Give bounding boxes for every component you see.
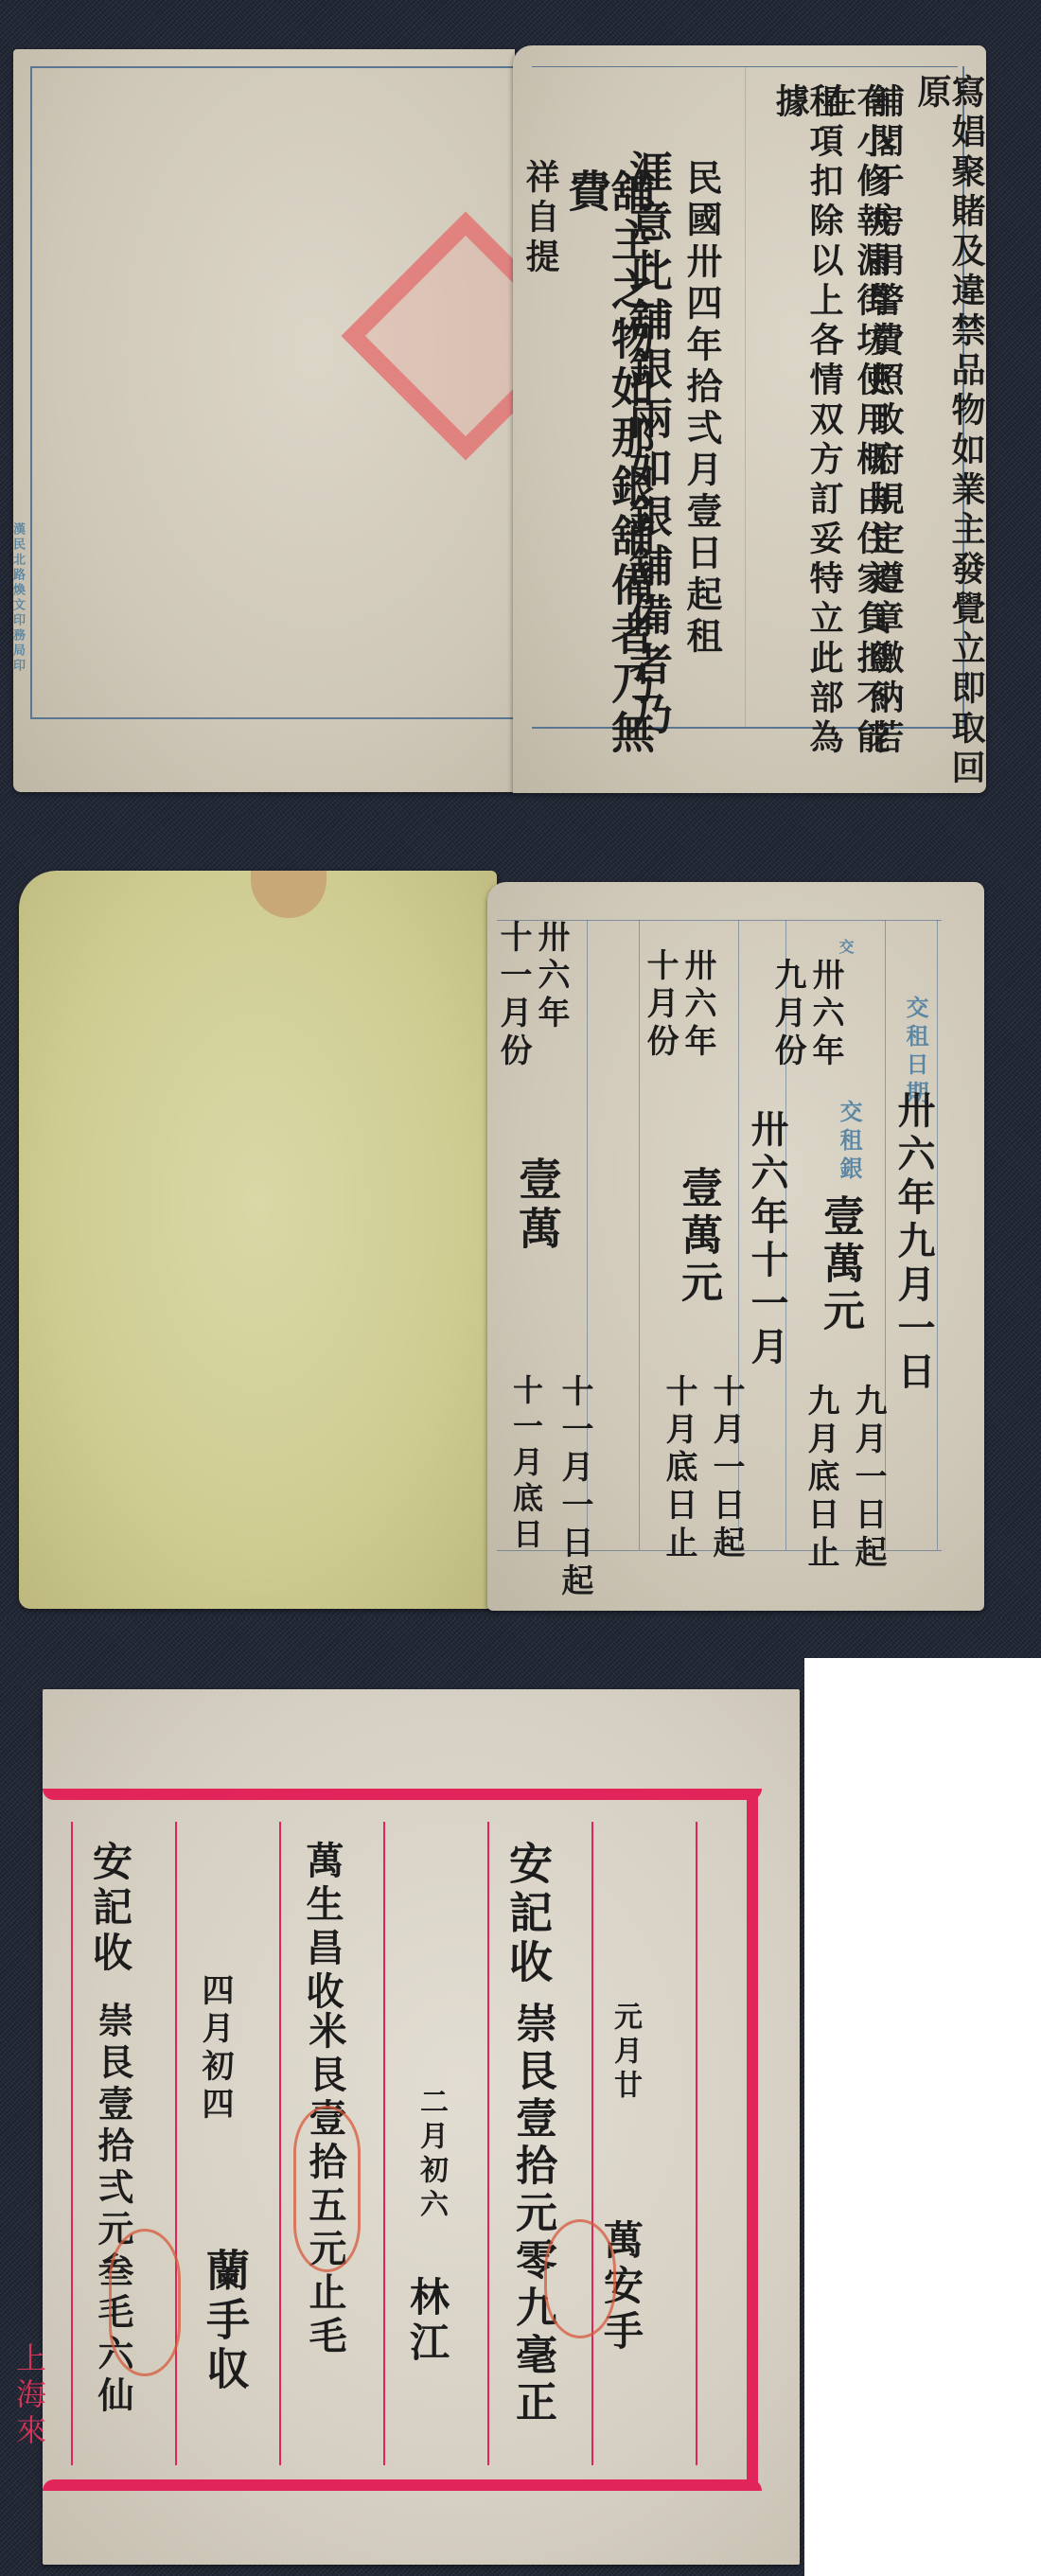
receipt-item: 林江 <box>407 2276 447 2367</box>
ledger-to: 十一月底日 <box>511 1374 541 1554</box>
red-oval-seal <box>109 2229 181 2376</box>
page-border-left <box>30 66 32 719</box>
printed-label-rent: 交租銀 <box>838 1100 860 1185</box>
red-column-rule <box>696 1822 697 2465</box>
receipt-payer: 安記收 <box>90 1841 130 1977</box>
receipt-payer: 萬生昌收 <box>303 1841 341 2015</box>
printed-label-jiao: 交 <box>838 939 853 960</box>
column-divider <box>745 66 746 729</box>
page-border-bottom <box>30 717 515 719</box>
red-column-rule <box>71 1822 73 2465</box>
form-col-rule <box>639 920 640 1550</box>
ledger-period: 卅六年十一月 <box>748 1109 785 1370</box>
receipt-signature: 蘭手収 <box>203 2248 247 2395</box>
ledger-year: 卅六年 <box>681 948 714 1062</box>
printer-imprint: 漢民北路煥文印務局印 <box>11 522 24 674</box>
photo-receipt-book: 上海來 安記收 崇艮壹拾元零九毫正 元月廿 萬安手 二月初六 林江 萬生昌收 米… <box>0 1618 1041 2576</box>
red-oval-seal <box>293 2106 361 2272</box>
ledger-amount: 壹萬 <box>516 1156 559 1255</box>
red-frame-right <box>747 1789 758 2489</box>
receipt-date: 二月初六 <box>416 2087 445 2223</box>
red-oval-seal <box>544 2219 616 2338</box>
ledger-amount: 壹萬元 <box>819 1194 860 1336</box>
red-frame-top <box>43 1789 762 1800</box>
ledger-year: 卅六年 <box>809 958 841 1071</box>
handwritten-date-line: 民國卅四年拾弍月壹日起租 <box>683 159 719 659</box>
receipt-amount: 崇艮壹拾元零九毫正 <box>511 2002 553 2427</box>
red-column-rule <box>279 1822 281 2465</box>
red-column-rule <box>487 1822 489 2465</box>
printed-term-line-1: 寫娼聚賭及違禁品物如業主發覺立即取回原 <box>915 74 983 793</box>
ledger-period: 卅六年九月一日 <box>894 1090 932 1395</box>
ledger-to: 十月底日止 <box>662 1374 695 1563</box>
receipt-page: 上海來 安記收 崇艮壹拾元零九毫正 元月廿 萬安手 二月初六 林江 萬生昌收 米… <box>43 1689 800 2565</box>
ledger-to: 九月底日止 <box>804 1384 837 1573</box>
edge-red-text: 上海來 <box>14 2342 44 2450</box>
ledger-month: 十一月份 <box>497 920 529 1071</box>
red-column-rule <box>591 1822 593 2465</box>
ledger-month: 九月份 <box>771 958 803 1071</box>
printed-term-line-4: 租項扣除以上各情双方訂妥特立此部為據 <box>773 83 841 793</box>
ledger-from: 九月一日起 <box>852 1384 884 1573</box>
red-column-rule <box>175 1822 177 2465</box>
page-border-top <box>30 66 515 68</box>
ledger-year: 卅六年 <box>535 920 567 1033</box>
red-column-rule <box>383 1822 385 2465</box>
ledger-month: 十月份 <box>644 948 676 1062</box>
ledger-left-page <box>19 871 497 1609</box>
photo-lease-contract: 漢民北路煥文印務局印 寫娼聚賭及違禁品物如業主發覺立即取回原 舖閣于房捐警費照政… <box>0 0 1041 814</box>
contract-right-page: 寫娼聚賭及違禁品物如業主發覺立即取回原 舖閣于房捐警費照政府規定遵章繳納若 有小… <box>513 45 986 793</box>
receipt-date: 元月廿 <box>610 2002 639 2104</box>
handwritten-line-4: 祥自提 <box>522 159 556 278</box>
ledger-from: 十月一日起 <box>710 1374 742 1563</box>
ledger-from: 十一月一日起 <box>558 1374 591 1601</box>
ledger-right-page: 交 卅六年 九月份 交租銀 壹萬元 交租日期 卅六年九月一日 九月一日起 九月底… <box>487 882 984 1611</box>
handwritten-line-3: 舖主之物如那銀舖備者乃無費 <box>565 168 652 793</box>
form-col-rule <box>937 920 938 1550</box>
receipt-date: 四月初四 <box>199 1973 231 2125</box>
water-stain <box>251 871 326 918</box>
blank-area <box>804 1658 1041 2576</box>
photo-rent-ledger: 交 卅六年 九月份 交租銀 壹萬元 交租日期 卅六年九月一日 九月一日起 九月底… <box>0 814 1041 1618</box>
receipt-payer: 安記收 <box>506 1841 550 1988</box>
ledger-amount: 壹萬元 <box>677 1166 718 1308</box>
contract-left-page: 漢民北路煥文印務局印 <box>13 49 515 792</box>
red-frame-bottom <box>43 2479 762 2491</box>
